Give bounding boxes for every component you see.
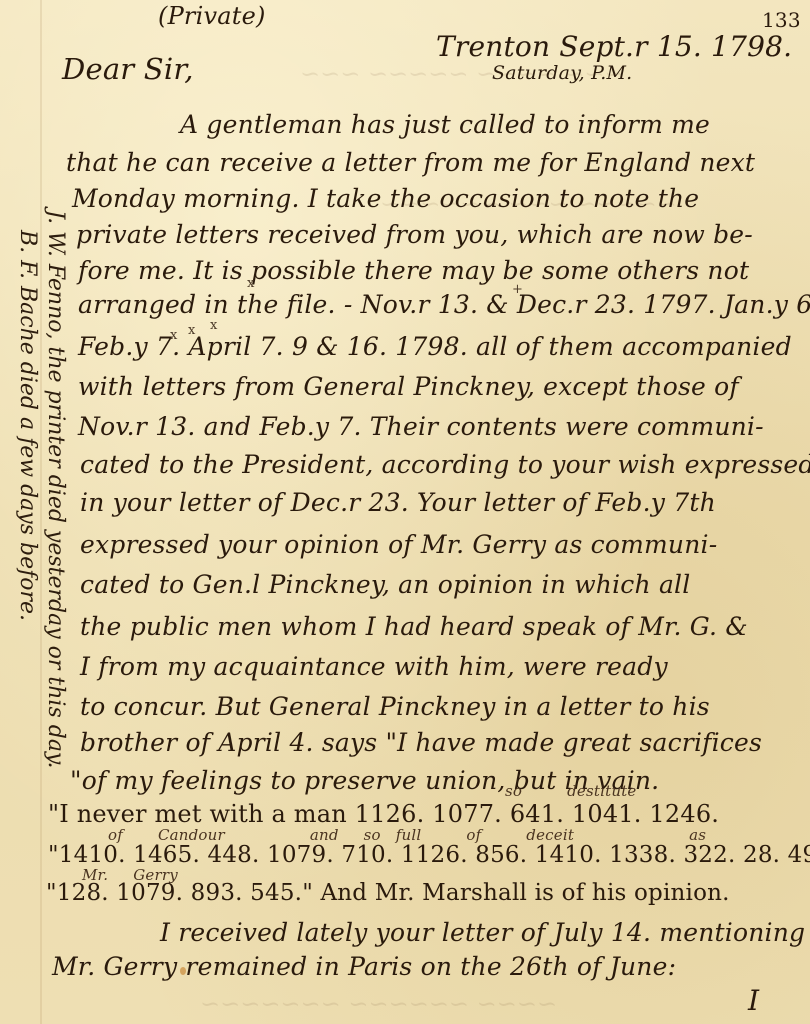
letter-page: ~~~ ~~~~ ~~~~~ ~~~ ~~~~~ ~~~ ~~~~~~ ~~~~… <box>0 0 810 1024</box>
body-line: expressed your opinion of Mr. Gerry as c… <box>80 530 717 559</box>
page-number: 133 <box>762 8 801 32</box>
body-line: with letters from General Pinckney, exce… <box>78 372 739 401</box>
ink-stain <box>180 967 186 975</box>
body-line: arranged in the file. - Nov.r 13. & Dec.… <box>78 290 810 319</box>
plus-mark: + <box>512 282 523 297</box>
x-mark: x <box>210 318 217 333</box>
salutation: Dear Sir, <box>62 52 194 86</box>
gloss-word: so <box>505 782 522 800</box>
body-line: Monday morning. I take the occasion to n… <box>72 184 699 213</box>
gloss-word: destitute <box>567 782 636 800</box>
body-line: that he can receive a letter from me for… <box>66 148 755 177</box>
x-mark: x <box>188 323 195 338</box>
body-line: Feb.y 7. April 7. 9 & 16. 1798. all of t… <box>78 332 792 361</box>
body-line: Mr. Gerry remained in Paris on the 26th … <box>52 952 676 981</box>
body-line: fore me. It is possible there may be som… <box>78 256 749 285</box>
x-mark: x <box>247 276 254 291</box>
place-date: Trenton Sept.r 15. 1798. <box>436 30 792 63</box>
margin-note-fenno: J. W. Fenno, the printer died yesterday … <box>43 210 68 768</box>
body-line: to concur. But General Pinckney in a let… <box>80 692 710 721</box>
body-line: cated to the President, according to you… <box>80 450 810 479</box>
body-line: in your letter of Dec.r 23. Your letter … <box>80 488 716 517</box>
paper-fold-line <box>40 0 42 1024</box>
body-line: I from my acquaintance with him, were re… <box>80 652 668 681</box>
cipher-gloss: so destitute <box>505 782 637 800</box>
margin-note-bache: B. F. Bache died a few days before. <box>15 230 40 621</box>
private-label: (Private) <box>158 2 266 30</box>
cipher-line: "128. 1079. 893. 545." And Mr. Marshall … <box>46 880 730 906</box>
body-line: the public men whom I had heard speak of… <box>80 612 748 641</box>
catchword: I <box>748 984 759 1017</box>
body-line: A gentleman has just called to inform me <box>180 110 710 139</box>
x-mark: x <box>170 328 177 343</box>
cipher-line: "I never met with a man 1126. 1077. 641.… <box>48 800 719 828</box>
body-line: brother of April 4. says "I have made gr… <box>80 728 762 757</box>
body-line: private letters received from you, which… <box>76 220 753 249</box>
cipher-line: "1410. 1465. 448. 1079. 710. 1126. 856. … <box>48 842 810 868</box>
bleed-through-text: ~~~~ ~~~~~~ ~~~~~~~ <box>200 990 557 1018</box>
day-time: Saturday, P.M. <box>492 62 632 84</box>
body-line: I received lately your letter of July 14… <box>160 918 810 947</box>
body-line: cated to Gen.l Pinckney, an opinion in w… <box>80 570 690 599</box>
body-line: Nov.r 13. and Feb.y 7. Their contents we… <box>78 412 764 441</box>
